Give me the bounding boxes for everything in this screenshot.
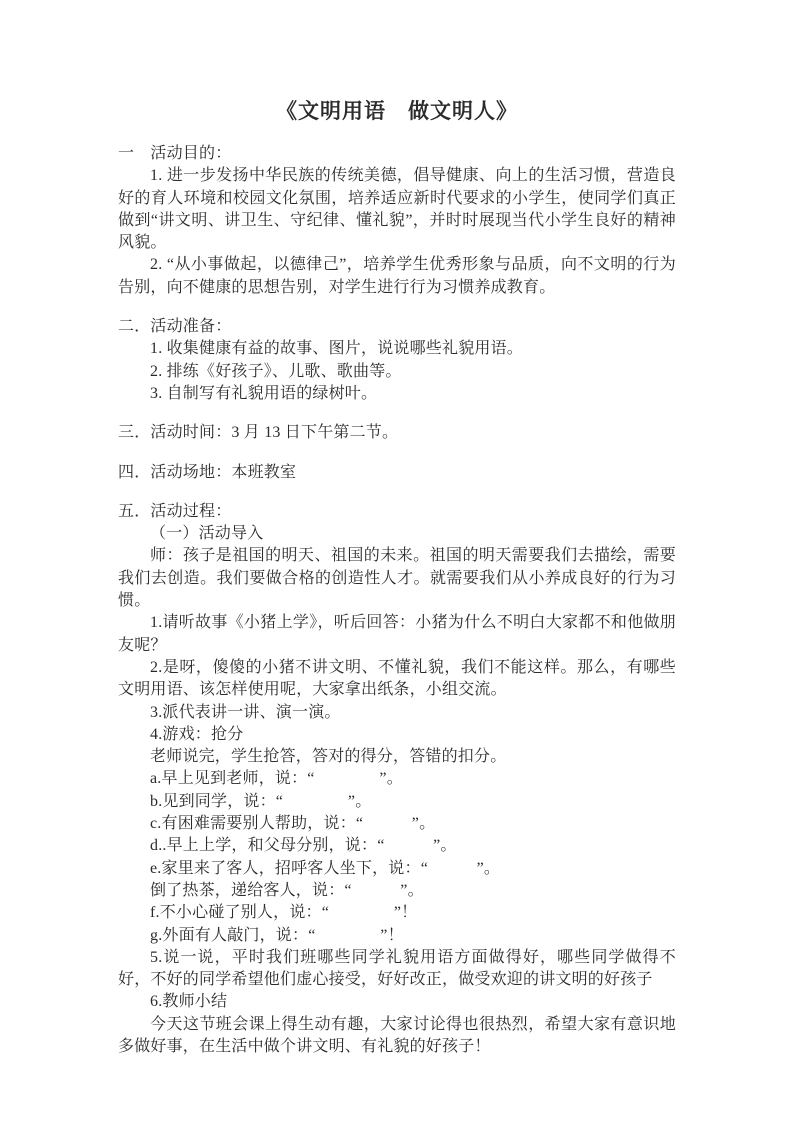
text-line: g.外面有人敲门，说：“ ”！ xyxy=(118,925,676,947)
text-line: c.有困难需要别人帮助，说：“ ”。 xyxy=(118,813,676,835)
document-title: 《文明用语 做文明人》 xyxy=(118,96,676,126)
text-line: 2. “从小事做起，以德律己”，培养学生优秀形象与品质，向不文明的行为告别，向不… xyxy=(118,254,676,299)
text-line: 1. 收集健康有益的故事、图片，说说哪些礼貌用语。 xyxy=(118,338,676,360)
document-body: 一 活动目的：1. 进一步发扬中华民族的传统美德，倡导健康、向上的生活习惯，营造… xyxy=(118,143,676,1058)
text-line: 五．活动过程： xyxy=(118,501,676,523)
text-line: 一 活动目的： xyxy=(118,143,676,165)
text-line: 5.说一说，平时我们班哪些同学礼貌用语方面做得好，哪些同学做得不好，不好的同学希… xyxy=(118,947,676,992)
text-line: 4.游戏：抢分 xyxy=(118,724,676,746)
text-line: 2.是呀，傻傻的小猪不讲文明、不懂礼貌，我们不能这样。那么，有哪些文明用语、该怎… xyxy=(118,657,676,702)
text-line: e.家里来了客人，招呼客人坐下，说：“ ”。 xyxy=(118,858,676,880)
text-line: 3. 自制写有礼貌用语的绿树叶。 xyxy=(118,383,676,405)
text-line: （一）活动导入 xyxy=(118,523,676,545)
text-line: a.早上见到老师，说：“ ”。 xyxy=(118,768,676,790)
text-line: 四．活动场地：本班教室 xyxy=(118,462,676,484)
text-line: b.见到同学，说：“ ”。 xyxy=(118,791,676,813)
document-page: 《文明用语 做文明人》 一 活动目的：1. 进一步发扬中华民族的传统美德，倡导健… xyxy=(0,0,793,1122)
text-line: 3.派代表讲一讲、演一演。 xyxy=(118,702,676,724)
text-line: 老师说完，学生抢答，答对的得分，答错的扣分。 xyxy=(118,746,676,768)
text-line: 师：孩子是祖国的明天、祖国的未来。祖国的明天需要我们去描绘，需要我们去创造。我们… xyxy=(118,545,676,612)
text-line: 倒了热茶，递给客人，说：“ ”。 xyxy=(118,880,676,902)
text-line: 1. 进一步发扬中华民族的传统美德，倡导健康、向上的生活习惯，营造良好的育人环境… xyxy=(118,165,676,254)
text-line: f.不小心碰了别人，说：“ ”！ xyxy=(118,902,676,924)
text-line: 2. 排练《好孩子》、儿歌、歌曲等。 xyxy=(118,361,676,383)
text-line: 二．活动准备： xyxy=(118,316,676,338)
text-line: 6.教师小结 xyxy=(118,991,676,1013)
text-line: 1.请听故事《小猪上学》，听后回答：小猪为什么不明白大家都不和他做朋友呢？ xyxy=(118,612,676,657)
text-line: d..早上上学，和父母分别，说：“ ”。 xyxy=(118,835,676,857)
text-line: 今天这节班会课上得生动有趣，大家讨论得也很热烈，希望大家有意识地多做好事，在生活… xyxy=(118,1014,676,1059)
text-line: 三．活动时间：3 月 13 日下午第二节。 xyxy=(118,422,676,444)
